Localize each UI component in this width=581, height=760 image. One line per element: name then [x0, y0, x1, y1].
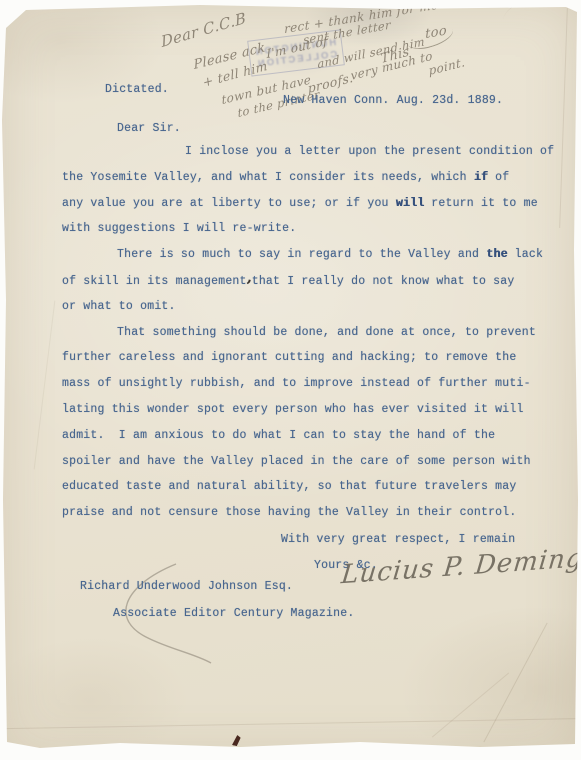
crease-bottom-right-1 [483, 623, 547, 743]
typed-line: further careless and ignorant cutting an… [62, 345, 542, 371]
typed-line: with suggestions I will re-write. [62, 216, 542, 242]
typed-line: lating this wonder spot every person who… [62, 397, 542, 423]
scan-background: HUNTINGTON COLLECTION Dear C.C.BPlease a… [0, 0, 581, 760]
typed-line: the Yosemite Valley, and what I consider… [62, 165, 542, 191]
recipient-title: Associate Editor Century Magazine. [113, 607, 354, 620]
crease-top-right [492, 0, 581, 90]
typed-line: That something should be done, and done … [62, 320, 542, 346]
dictated-label: Dictated. [105, 83, 169, 96]
typed-line: mass of unsightly rubbish, and to improv… [62, 371, 542, 397]
dateline: New Haven Conn. Aug. 23d. 1889. [283, 94, 503, 107]
typed-line: I inclose you a letter upon the present … [62, 139, 542, 165]
crease-bottom [0, 718, 581, 730]
handwriting-fragment: point. [428, 55, 466, 78]
typed-body: I inclose you a letter upon the present … [62, 139, 542, 526]
recipient-name: Richard Underwood Johnson Esq. [80, 580, 293, 593]
ink-blot [232, 734, 241, 746]
typed-line: any value you are at liberty to use; or … [62, 191, 542, 217]
typed-line: There is so much to say in regard to the… [62, 242, 542, 268]
typed-line: spoiler and have the Valley placed in th… [62, 449, 542, 475]
handwriting-fragment: Dear C.C.B [160, 9, 247, 51]
signature: Lucius P. Deming [340, 543, 581, 590]
typed-line: of skill in its management,that I really… [62, 268, 542, 294]
salutation: Dear Sir. [117, 122, 181, 135]
typed-line: or what to omit. [62, 294, 542, 320]
typed-line: educated taste and natural ability, so t… [62, 474, 542, 500]
typed-line: praise and not censure those having the … [62, 500, 542, 526]
crease-bottom-right-2 [432, 672, 509, 737]
crease-right-edge [559, 8, 568, 228]
letter-paper: HUNTINGTON COLLECTION Dear C.C.BPlease a… [0, 0, 581, 760]
crease-left-mid [34, 301, 56, 470]
closing-respect-line: With very great respect, I remain [281, 533, 515, 546]
handwriting-fragment: proofs. [307, 70, 354, 96]
typed-line: admit. I am anxious to do what I can to … [62, 423, 542, 449]
